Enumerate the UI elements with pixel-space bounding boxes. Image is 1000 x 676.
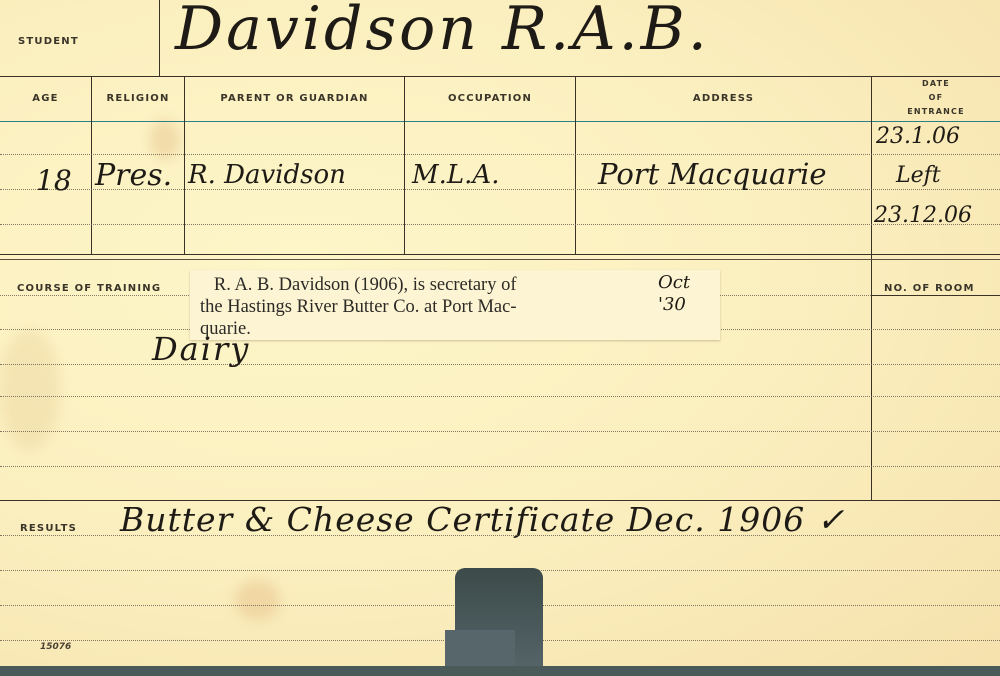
student-name: Davidson R.A.B. (175, 0, 710, 64)
parent-header: Parent or Guardian (185, 93, 404, 104)
course-of-training-label: Course of Training (17, 283, 161, 294)
ruled-line (0, 364, 1000, 365)
entrance-date: 23.1.06 (876, 124, 960, 149)
parent-value: R. Davidson (188, 160, 346, 190)
age-header: Age (0, 93, 91, 104)
left-note: Left (896, 163, 941, 188)
stain (0, 330, 60, 450)
divider (0, 254, 1000, 255)
ruled-line (0, 224, 1000, 225)
address-header: Address (576, 93, 871, 104)
clipping-annotation-year: '30 (658, 294, 686, 316)
date-of-entrance-header-3: Entrance (872, 107, 1000, 116)
card-edge (0, 666, 1000, 676)
results-label: Results (20, 523, 77, 534)
clipping-line-1: R. A. B. Davidson (1906), is secretary o… (200, 274, 517, 296)
divider (0, 121, 1000, 122)
clipping-line-2: the Hastings River Butter Co. at Port Ma… (200, 296, 517, 318)
results-value: Butter & Cheese Certificate Dec. 1906 ✓ (120, 500, 845, 539)
occupation-header: Occupation (405, 93, 575, 104)
ruled-line (0, 535, 1000, 536)
divider (871, 76, 872, 501)
student-record-card: Student Davidson R.A.B. Age Religion Par… (0, 0, 1000, 676)
stain (235, 580, 280, 620)
left-date: 23.12.06 (874, 203, 972, 228)
divider (159, 0, 160, 76)
occupation-value: M.L.A. (412, 160, 499, 190)
religion-value: Pres. (95, 158, 172, 193)
ruled-line (0, 466, 1000, 467)
serial-number: 15076 (40, 642, 71, 652)
newspaper-clipping: R. A. B. Davidson (1906), is secretary o… (190, 270, 720, 340)
ruled-line (0, 154, 1000, 155)
student-label: Student (18, 36, 79, 47)
divider (0, 76, 1000, 77)
no-of-room-label: No. of Room (884, 283, 975, 294)
age-value: 18 (36, 164, 72, 197)
course-of-training-value: Dairy (152, 330, 250, 368)
address-value: Port Macquarie (598, 157, 827, 191)
ruled-line (0, 396, 1000, 397)
clipping-annotation-month: Oct (658, 272, 690, 294)
divider (0, 259, 1000, 260)
ruled-line (0, 431, 1000, 432)
date-of-entrance-header-1: Date (872, 79, 1000, 88)
divider (872, 295, 1000, 296)
religion-header: Religion (92, 93, 184, 104)
date-of-entrance-header-2: of (872, 93, 1000, 102)
